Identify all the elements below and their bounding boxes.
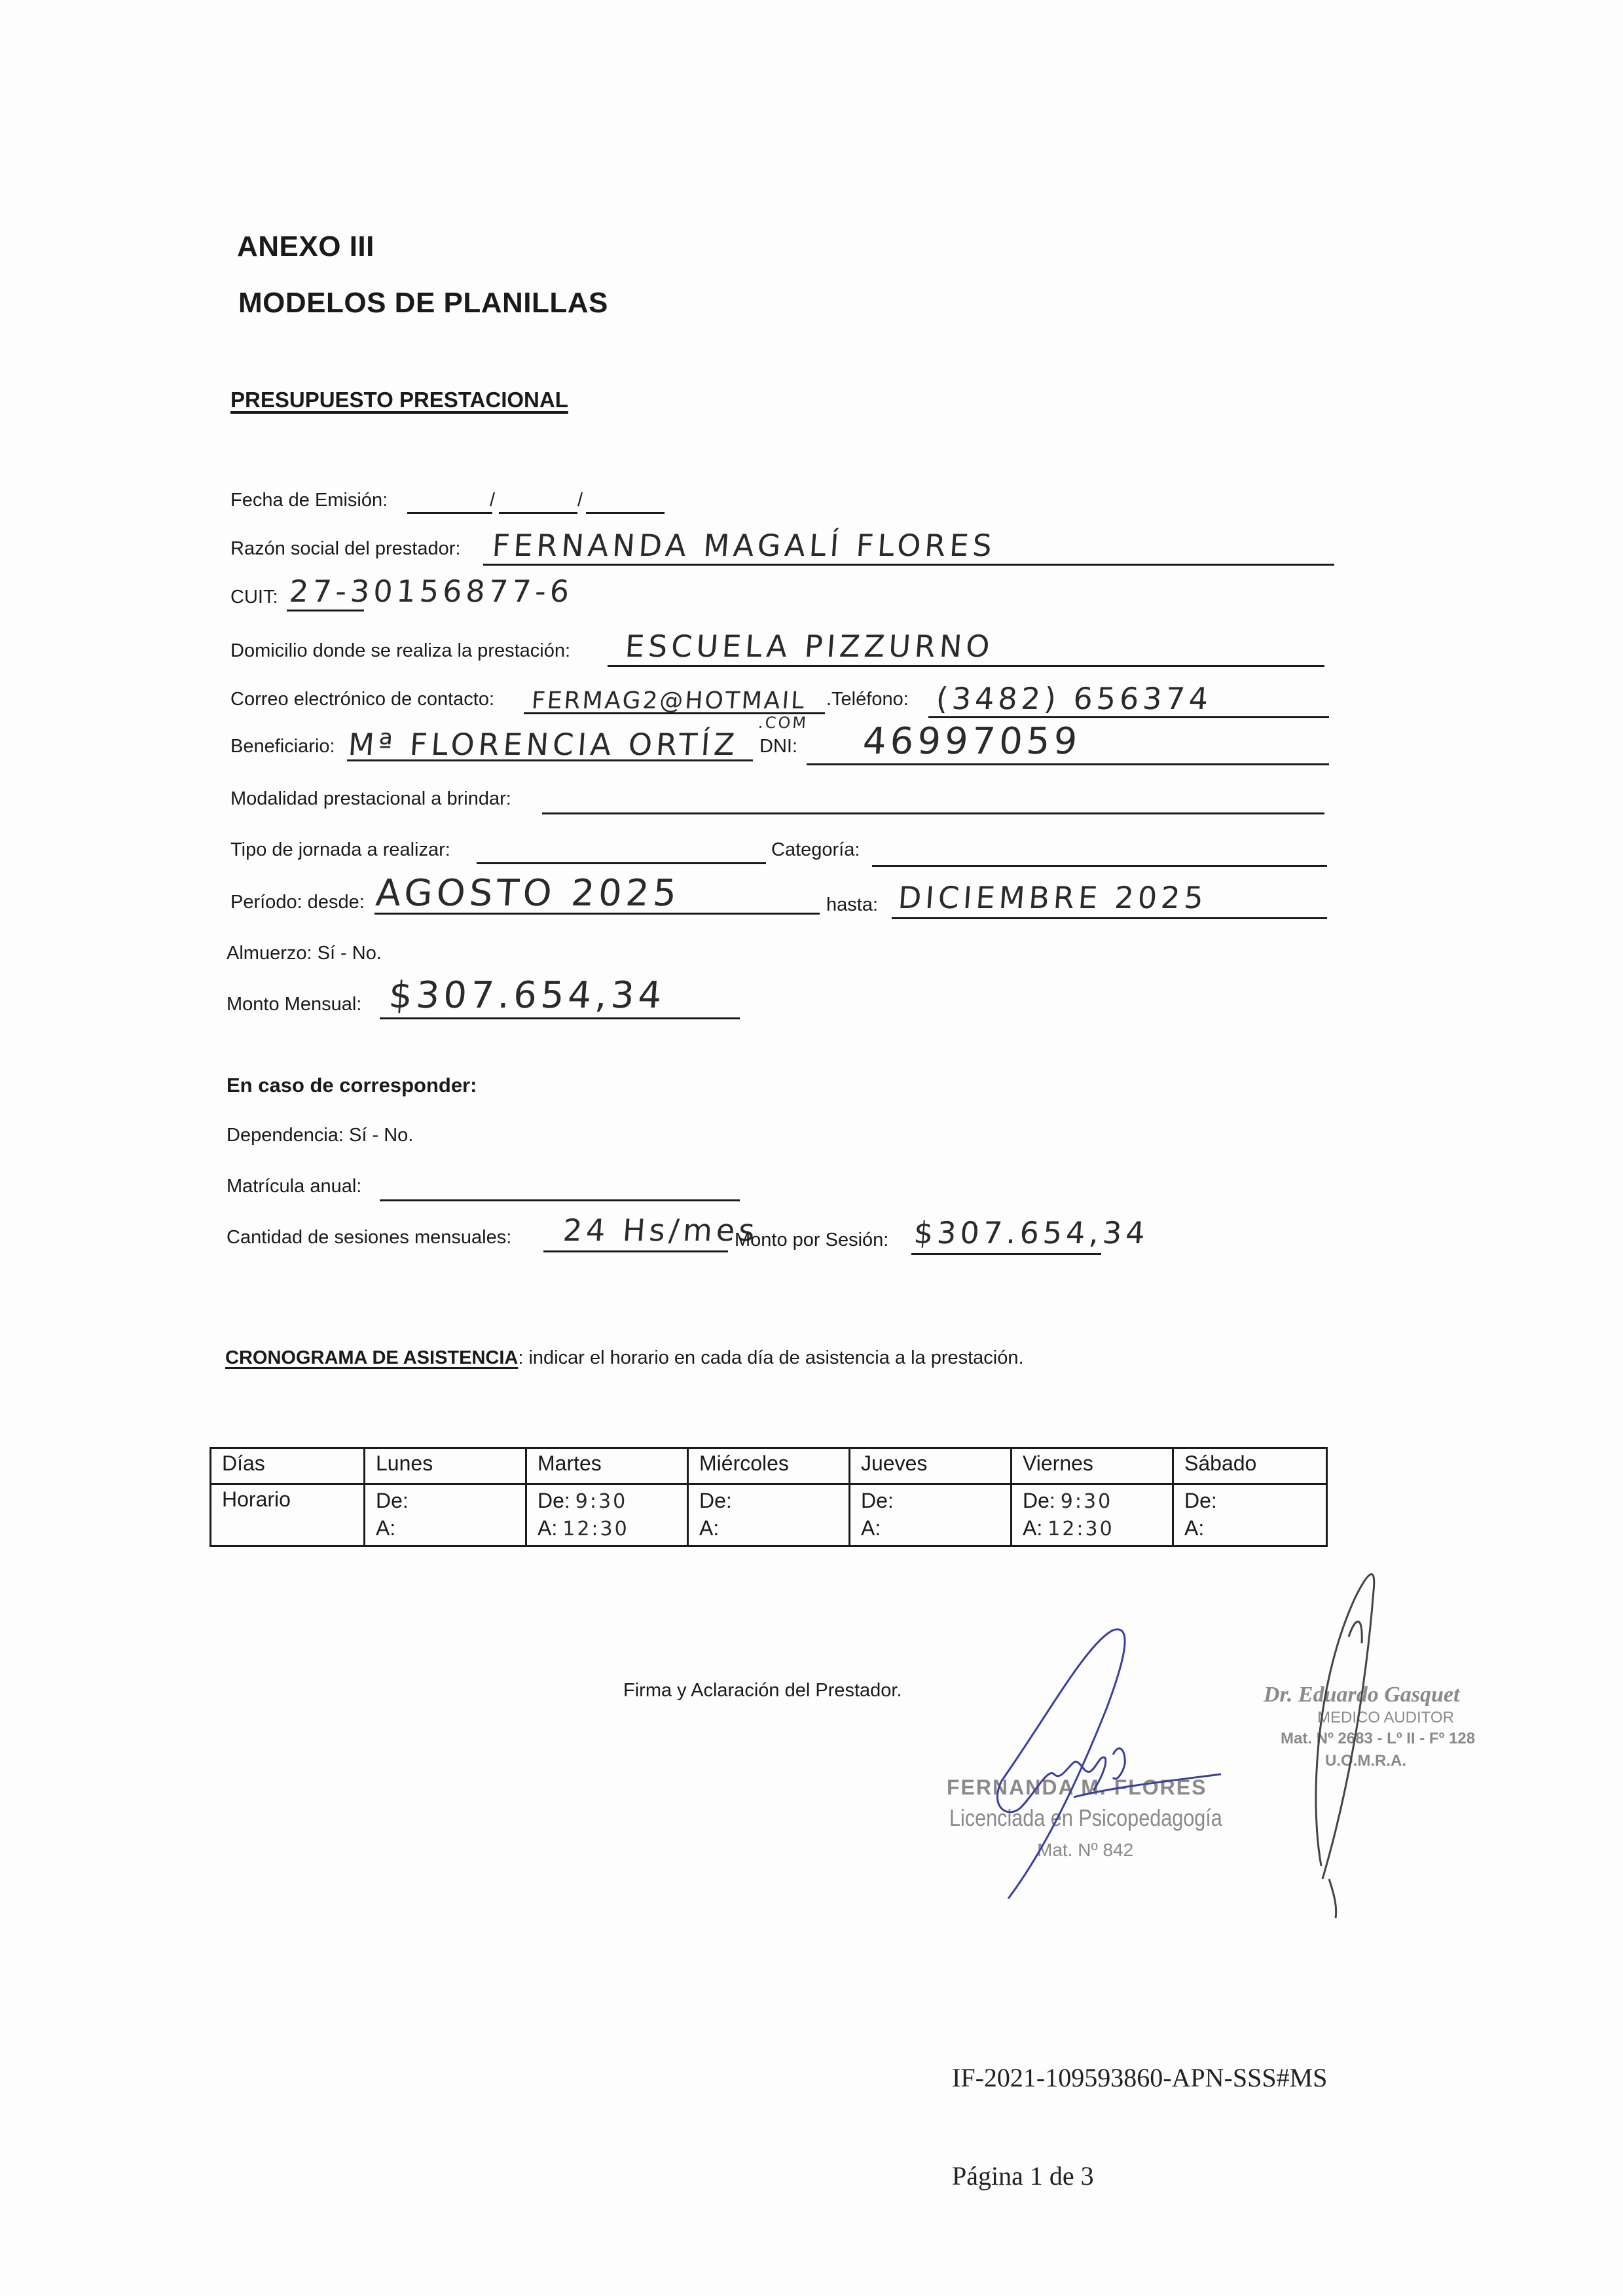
correo-suffix-value: .COM xyxy=(757,714,809,732)
auditor-signature-icon xyxy=(1303,1552,1408,1918)
schedule-table: Días Lunes Martes Miércoles Jueves Viern… xyxy=(210,1447,1328,1547)
matricula-field[interactable] xyxy=(380,1199,740,1201)
from-label: De: xyxy=(376,1489,409,1512)
day-header-miercoles: Miércoles xyxy=(688,1448,850,1484)
monto-mensual-label: Monto Mensual: xyxy=(227,994,361,1015)
from-label: De: xyxy=(861,1489,894,1512)
tipo-jornada-field[interactable] xyxy=(477,862,766,864)
domicilio-value: ESCUELA PIZZURNO xyxy=(624,629,994,664)
beneficiario-value: Mª FLORENCIA ORTÍZ xyxy=(347,727,740,762)
day-header-sabado: Sábado xyxy=(1173,1448,1327,1484)
fecha-day-field[interactable] xyxy=(407,512,492,514)
document-id: IF-2021-109593860-APN-SSS#MS xyxy=(952,2062,1327,2093)
to-label: A: xyxy=(376,1516,395,1540)
beneficiario-label: Beneficiario: xyxy=(230,736,335,757)
time-cell-viernes[interactable]: De:9:30 A:12:30 xyxy=(1012,1484,1173,1546)
cronograma-heading: CRONOGRAMA DE ASISTENCIA: indicar el hor… xyxy=(225,1347,1024,1369)
periodo-desde-label: Período: desde: xyxy=(230,892,365,913)
periodo-hasta-label: hasta: xyxy=(826,894,878,916)
cuit-label: CUIT: xyxy=(230,587,278,608)
day-header-viernes: Viernes xyxy=(1012,1448,1173,1484)
date-separator: / xyxy=(577,490,583,511)
razon-social-label: Razón social del prestador: xyxy=(230,538,460,560)
from-value: 9:30 xyxy=(1061,1490,1112,1513)
section-title: PRESUPUESTO PRESTACIONAL xyxy=(230,388,568,412)
monto-sesion-value: $307.654,34 xyxy=(913,1215,1150,1250)
from-value: 9:30 xyxy=(575,1490,627,1513)
date-separator: / xyxy=(490,490,495,511)
day-header-martes: Martes xyxy=(526,1448,688,1484)
sesiones-label: Cantidad de sesiones mensuales: xyxy=(227,1227,511,1248)
time-cell-sabado[interactable]: De: A: xyxy=(1173,1484,1327,1546)
dni-label: DNI: xyxy=(759,736,797,757)
domicilio-label: Domicilio donde se realiza la prestación… xyxy=(230,640,570,662)
to-label: A: xyxy=(538,1516,557,1540)
time-cell-martes[interactable]: De:9:30 A:12:30 xyxy=(526,1484,688,1546)
schedule-time-row: Horario De: A: De:9:30 A:12:30 De: A: De… xyxy=(211,1484,1327,1546)
tipo-jornada-label: Tipo de jornada a realizar: xyxy=(230,839,450,861)
document-title: MODELOS DE PLANILLAS xyxy=(238,287,608,319)
to-label: A: xyxy=(699,1516,719,1540)
to-label: A: xyxy=(1023,1516,1042,1540)
time-cell-lunes[interactable]: De: A: xyxy=(365,1484,526,1546)
day-header-lunes: Lunes xyxy=(365,1448,526,1484)
day-header-jueves: Jueves xyxy=(850,1448,1012,1484)
from-label: De: xyxy=(699,1489,732,1512)
to-label: A: xyxy=(861,1516,881,1540)
fecha-month-field[interactable] xyxy=(499,512,577,514)
provider-signature-icon xyxy=(917,1611,1244,1912)
monto-sesion-field[interactable] xyxy=(911,1253,1101,1255)
from-label: De: xyxy=(1023,1489,1055,1512)
periodo-hasta-value: DICIEMBRE 2025 xyxy=(897,880,1208,915)
dni-value: 46997059 xyxy=(862,720,1083,763)
time-header: Horario xyxy=(211,1484,365,1546)
telefono-field[interactable] xyxy=(928,716,1329,718)
to-label: A: xyxy=(1184,1516,1204,1540)
sesiones-field[interactable] xyxy=(543,1250,728,1252)
from-label: De: xyxy=(1184,1489,1217,1512)
cuit-field[interactable] xyxy=(287,610,364,611)
cuit-value: 27-30156877-6 xyxy=(288,574,574,609)
modalidad-label: Modalidad prestacional a brindar: xyxy=(230,788,511,810)
monto-sesion-label: Monto por Sesión: xyxy=(735,1230,888,1251)
categoria-field[interactable] xyxy=(872,865,1327,867)
razon-social-value: FERNANDA MAGALÍ FLORES xyxy=(491,528,996,563)
telefono-label: .Teléfono: xyxy=(826,689,909,710)
schedule-header-row: Días Lunes Martes Miércoles Jueves Viern… xyxy=(211,1448,1327,1484)
annex-title: ANEXO III xyxy=(237,230,374,263)
categoria-label: Categoría: xyxy=(771,839,860,861)
correo-value: FERMAG2@HOTMAIL xyxy=(531,687,807,714)
days-header: Días xyxy=(211,1448,365,1484)
modalidad-field[interactable] xyxy=(542,812,1324,814)
correo-label: Correo electrónico de contacto: xyxy=(230,689,494,710)
telefono-value: (3482) 656374 xyxy=(935,681,1213,716)
monto-mensual-value: $307.654,34 xyxy=(388,974,667,1017)
page-number: Página 1 de 3 xyxy=(952,2160,1094,2191)
domicilio-field[interactable] xyxy=(608,665,1324,667)
time-cell-miercoles[interactable]: De: A: xyxy=(688,1484,850,1546)
to-value: 12:30 xyxy=(562,1518,629,1540)
razon-social-field[interactable] xyxy=(483,564,1334,566)
cronograma-title: CRONOGRAMA DE ASISTENCIA xyxy=(225,1347,518,1368)
sesiones-value: 24 Hs/mes xyxy=(562,1212,759,1248)
almuerzo-option[interactable]: Almuerzo: Sí - No. xyxy=(227,943,382,964)
from-label: De: xyxy=(538,1489,570,1512)
corresponder-title: En caso de corresponder: xyxy=(227,1074,477,1097)
monto-mensual-field[interactable] xyxy=(380,1017,740,1019)
to-value: 12:30 xyxy=(1048,1518,1114,1540)
periodo-desde-value: AGOSTO 2025 xyxy=(374,872,682,915)
periodo-hasta-field[interactable] xyxy=(892,917,1327,919)
time-cell-jueves[interactable]: De: A: xyxy=(850,1484,1012,1546)
cronograma-instructions: : indicar el horario en cada día de asis… xyxy=(518,1347,1023,1368)
signature-label: Firma y Aclaración del Prestador. xyxy=(623,1680,902,1702)
fecha-year-field[interactable] xyxy=(586,512,665,514)
fecha-emision-label: Fecha de Emisión: xyxy=(230,490,388,511)
dependencia-option[interactable]: Dependencia: Sí - No. xyxy=(227,1125,413,1146)
dni-field[interactable] xyxy=(807,763,1329,765)
matricula-label: Matrícula anual: xyxy=(227,1176,361,1197)
